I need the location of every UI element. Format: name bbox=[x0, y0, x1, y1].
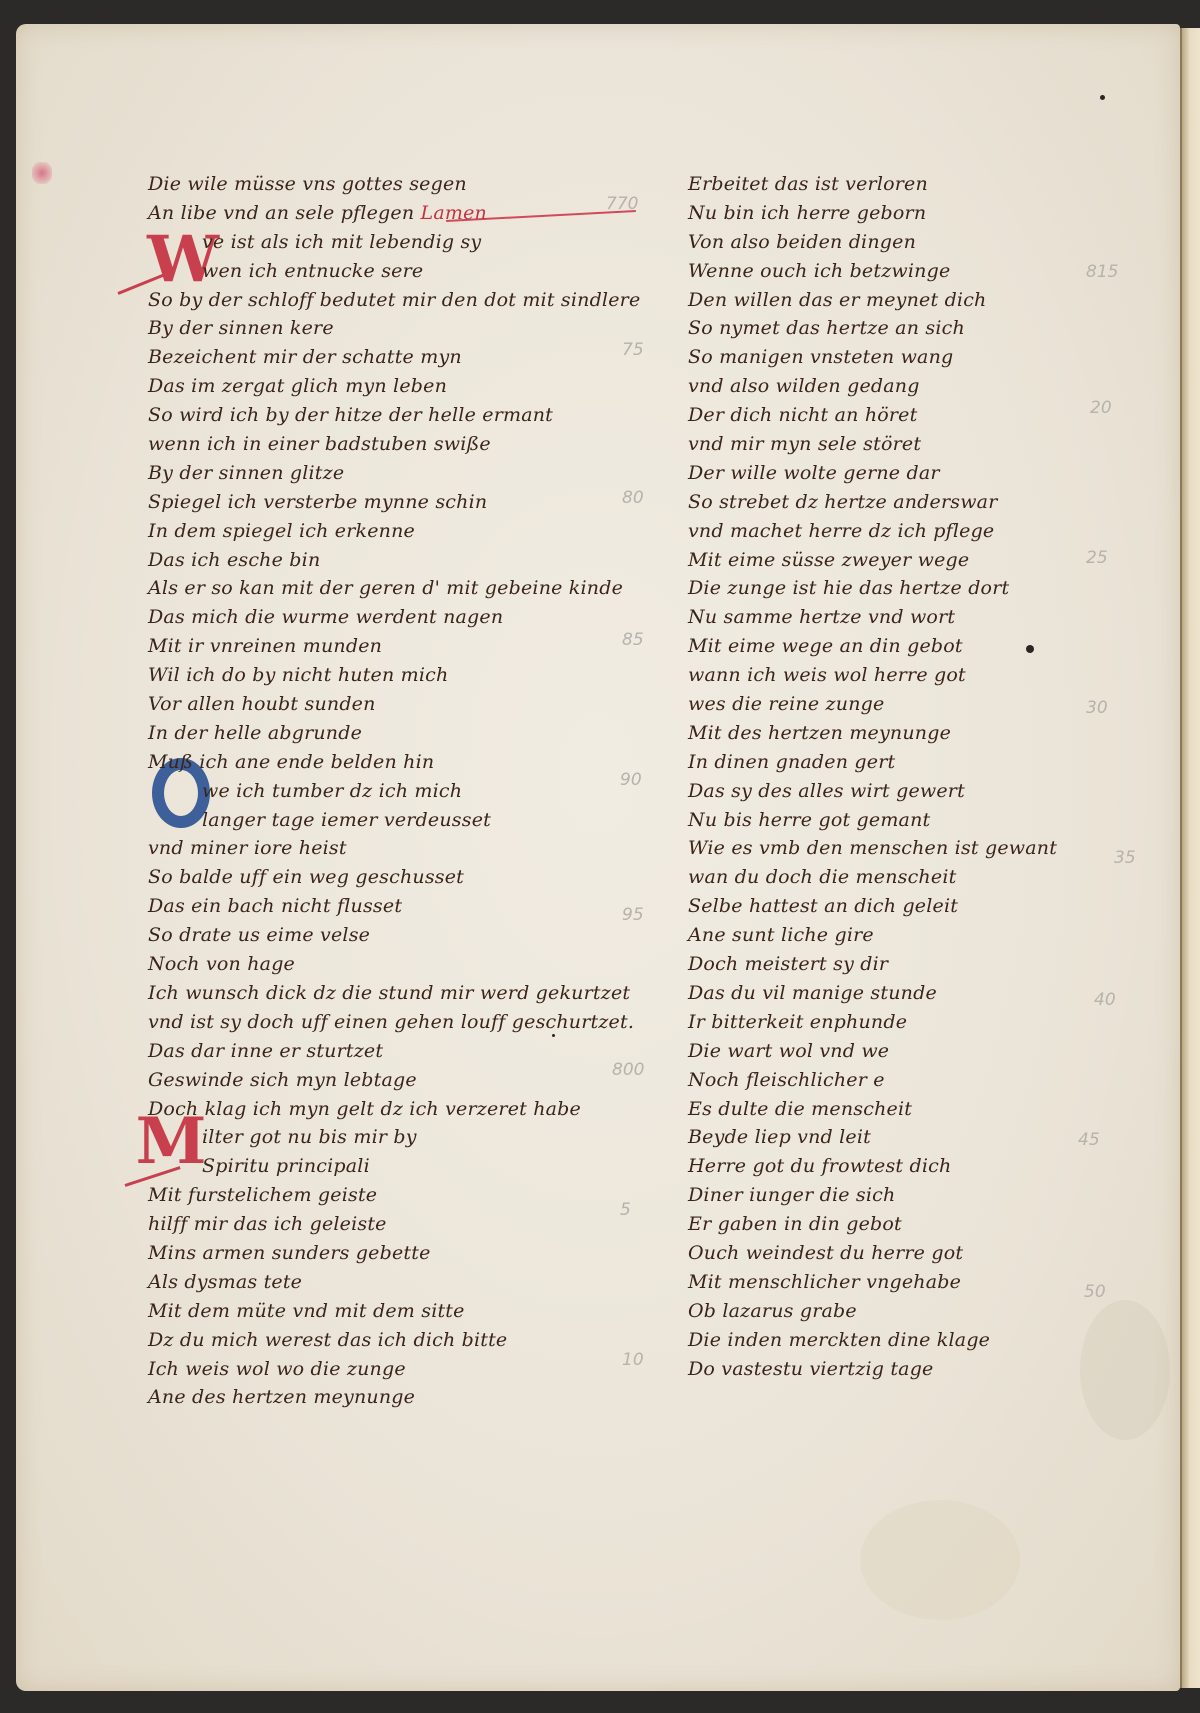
verse-line: Der wille wolte gerne dar bbox=[688, 459, 1108, 488]
verse-line: So manigen vnsteten wang bbox=[688, 343, 1108, 372]
stain bbox=[860, 1500, 1020, 1620]
verse-line: Beyde liep vnd leit bbox=[688, 1123, 1108, 1152]
verse-line: So drate us eime velse bbox=[148, 921, 668, 950]
verse-line: Das im zergat glich myn leben bbox=[148, 372, 668, 401]
verse-line: So wird ich by der hitze der helle erman… bbox=[148, 401, 668, 430]
verse-line: Dz du mich werest das ich dich bitte bbox=[148, 1326, 668, 1355]
verse-line: Das ein bach nicht flusset bbox=[148, 892, 668, 921]
verse-line: Ane sunt liche gire bbox=[688, 921, 1108, 950]
verse-line: So balde uff ein weg geschusset bbox=[148, 863, 668, 892]
verse-line: Nu bis herre got gemant bbox=[688, 806, 1108, 835]
verse-line: Nu samme hertze vnd wort bbox=[688, 603, 1108, 632]
ink-dot bbox=[1100, 95, 1105, 100]
verse-line: ve ist als ich mit lebendig sy bbox=[148, 228, 668, 257]
verse-line: Der dich nicht an höret bbox=[688, 401, 1108, 430]
verse-line: Mit des hertzen meynunge bbox=[688, 719, 1108, 748]
verse-line: Von also beiden dingen bbox=[688, 228, 1108, 257]
verse-line: Mit menschlicher vngehabe bbox=[688, 1268, 1108, 1297]
verse-line: So by der schloff bedutet mir den dot mi… bbox=[148, 286, 668, 315]
verse-line: Den willen das er meynet dich bbox=[688, 286, 1108, 315]
verse-line: Spiegel ich versterbe mynne schin bbox=[148, 488, 668, 517]
verse-line: vnd machet herre dz ich pflege bbox=[688, 517, 1108, 546]
verse-line: Die zunge ist hie das hertze dort bbox=[688, 574, 1108, 603]
verse-line: In der helle abgrunde bbox=[148, 719, 668, 748]
verse-line: Nu bin ich herre geborn bbox=[688, 199, 1108, 228]
verse-line: An libe vnd an sele pflegen Lamen bbox=[148, 199, 668, 228]
verse-line: Bezeichent mir der schatte myn bbox=[148, 343, 668, 372]
verse-line: Ich weis wol wo die zunge bbox=[148, 1355, 668, 1384]
verse-line: Diner iunger die sich bbox=[688, 1181, 1108, 1210]
verse-line: Das ich esche bin bbox=[148, 546, 668, 575]
verse-line: Mit eime süsse zweyer wege bbox=[688, 546, 1108, 575]
verse-line: Als er so kan mit der geren d' mit gebei… bbox=[148, 574, 668, 603]
verse-line: Es dulte die menscheit bbox=[688, 1095, 1108, 1124]
verse-line: Doch meistert sy dir bbox=[688, 950, 1108, 979]
verse-line: Noch von hage bbox=[148, 950, 668, 979]
verse-line: Das mich die wurme werdent nagen bbox=[148, 603, 668, 632]
verse-line: Ouch weindest du herre got bbox=[688, 1239, 1108, 1268]
verse-line: Vor allen houbt sunden bbox=[148, 690, 668, 719]
verse-line: Selbe hattest an dich geleit bbox=[688, 892, 1108, 921]
verse-line: Wie es vmb den menschen ist gewant bbox=[688, 834, 1108, 863]
verse-line: vnd also wilden gedang bbox=[688, 372, 1108, 401]
verse-line: By der sinnen kere bbox=[148, 314, 668, 343]
verse-line: Erbeitet das ist verloren bbox=[688, 170, 1108, 199]
verse-line: So strebet dz hertze anderswar bbox=[688, 488, 1108, 517]
verse-line: wes die reine zunge bbox=[688, 690, 1108, 719]
line-number-margin: 35 bbox=[1114, 848, 1136, 868]
verse-line: langer tage iemer verdeusset bbox=[148, 806, 668, 835]
verse-line: By der sinnen glitze bbox=[148, 459, 668, 488]
verse-line: we ich tumber dz ich mich bbox=[148, 777, 668, 806]
verse-line: Das dar inne er sturtzet bbox=[148, 1037, 668, 1066]
verse-line: Ane des hertzen meynunge bbox=[148, 1383, 668, 1412]
text-column-right: Erbeitet das ist verloren Nu bin ich her… bbox=[688, 170, 1108, 1383]
verse-line: Die wile müsse vns gottes segen bbox=[148, 170, 668, 199]
verse-line: Das du vil manige stunde bbox=[688, 979, 1108, 1008]
verse-line: Muß ich ane ende belden hin bbox=[148, 748, 668, 777]
verse-line: Ob lazarus grabe bbox=[688, 1297, 1108, 1326]
verse-line: wan du doch die menscheit bbox=[688, 863, 1108, 892]
verse-line: Spiritu principali bbox=[148, 1152, 668, 1181]
verse-line: Wenne ouch ich betzwinge bbox=[688, 257, 1108, 286]
verse-line: Das sy des alles wirt gewert bbox=[688, 777, 1108, 806]
verse-line: Ir bitterkeit enphunde bbox=[688, 1008, 1108, 1037]
verse-line: Do vastestu viertzig tage bbox=[688, 1355, 1108, 1384]
rubric-word: Lamen bbox=[421, 202, 487, 224]
verse-line: In dinen gnaden gert bbox=[688, 748, 1108, 777]
verse-line: vnd miner iore heist bbox=[148, 834, 668, 863]
verse-line: Noch fleischlicher e bbox=[688, 1066, 1108, 1095]
verse-line: In dem spiegel ich erkenne bbox=[148, 517, 668, 546]
verse-line: Mins armen sunders gebette bbox=[148, 1239, 668, 1268]
verse-line: Die inden merckten dine klage bbox=[688, 1326, 1108, 1355]
verse-line: So nymet das hertze an sich bbox=[688, 314, 1108, 343]
verse-line: vnd mir myn sele störet bbox=[688, 430, 1108, 459]
verse-line: Geswinde sich myn lebtage bbox=[148, 1066, 668, 1095]
verse-line: hilff mir das ich geleiste bbox=[148, 1210, 668, 1239]
verse-line: Er gaben in din gebot bbox=[688, 1210, 1108, 1239]
verse-line: ilter got nu bis mir by bbox=[148, 1123, 668, 1152]
verse-line: Ich wunsch dick dz die stund mir werd ge… bbox=[148, 979, 668, 1008]
verse-line: Mit furstelichem geiste bbox=[148, 1181, 668, 1210]
red-ink-smudge bbox=[32, 162, 52, 184]
verse-line: Die wart wol vnd we bbox=[688, 1037, 1108, 1066]
verse-line: wenn ich in einer badstuben swiße bbox=[148, 430, 668, 459]
verse-line: Mit dem müte vnd mit dem sitte bbox=[148, 1297, 668, 1326]
verse-line: wen ich entnucke sere bbox=[148, 257, 668, 286]
verse-line: Mit ir vnreinen munden bbox=[148, 632, 668, 661]
text-column-left: Die wile müsse vns gottes segen An libe … bbox=[148, 170, 668, 1412]
verse-line: Mit eime wege an din gebot bbox=[688, 632, 1108, 661]
adjacent-page-edge bbox=[1180, 28, 1200, 1688]
verse-line: Doch klag ich myn gelt dz ich verzeret h… bbox=[148, 1095, 668, 1124]
verse-line: Wil ich do by nicht huten mich bbox=[148, 661, 668, 690]
verse-line: Herre got du frowtest dich bbox=[688, 1152, 1108, 1181]
verse-line: wann ich weis wol herre got bbox=[688, 661, 1108, 690]
verse-line: Als dysmas tete bbox=[148, 1268, 668, 1297]
verse-line: vnd ist sy doch uff einen gehen louff ge… bbox=[148, 1008, 668, 1037]
